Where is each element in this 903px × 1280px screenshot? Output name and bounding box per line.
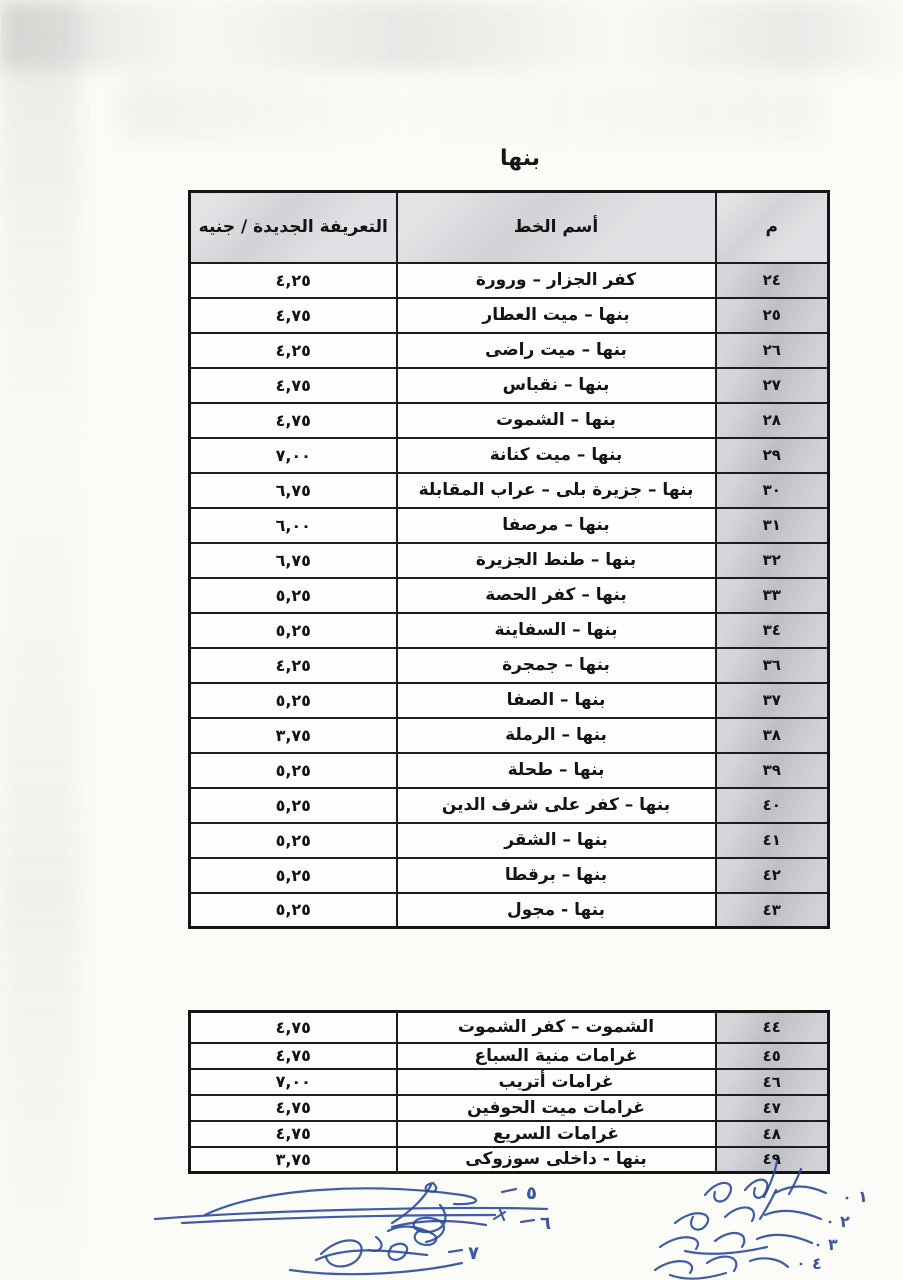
- line-name-cell: الشموت – كفر الشموت: [397, 1012, 716, 1043]
- page-title: بنها: [188, 146, 852, 171]
- serial-cell: ٣١: [716, 508, 829, 543]
- fare-cell: ٥,٢٥: [190, 683, 397, 718]
- serial-cell: ٢٦: [716, 333, 829, 368]
- line-name-cell: بنها – مرصفا: [397, 508, 716, 543]
- table-row: ٣٦بنها – جمجرة٤,٢٥: [190, 648, 829, 683]
- signature-right-number-1: ١: [858, 1187, 868, 1206]
- fare-cell: ٤,٧٥: [190, 298, 397, 333]
- line-name-cell: بنها – الرملة: [397, 718, 716, 753]
- table-row: ٣٣بنها – كفر الحصة٥,٢٥: [190, 578, 829, 613]
- fare-cell: ٧,٠٠: [190, 1069, 397, 1095]
- fare-cell: ٥,٢٥: [190, 753, 397, 788]
- signature-right-number-3: ٣: [828, 1235, 838, 1254]
- table-row: ٣٧بنها – الصفا٥,٢٥: [190, 683, 829, 718]
- signature-scribble-left: [155, 1183, 547, 1274]
- line-name-cell: كفر الجزار – ورورة: [397, 263, 716, 298]
- serial-cell: ٤٢: [716, 858, 829, 893]
- table-row: ٤٤الشموت – كفر الشموت٤,٧٥: [190, 1012, 829, 1043]
- table-row: ٤٦غرامات أتريب٧,٠٠: [190, 1069, 829, 1095]
- serial-cell: ٣٦: [716, 648, 829, 683]
- fare-cell: ٦,٧٥: [190, 473, 397, 508]
- table-row: ٢٦بنها – ميت راضى٤,٢٥: [190, 333, 829, 368]
- fare-cell: ٤,٧٥: [190, 368, 397, 403]
- scan-artifact-top: [0, 0, 903, 70]
- signature-block-left: ٥ ٦ ٧: [140, 1175, 570, 1280]
- fare-cell: ٥,٢٥: [190, 893, 397, 928]
- line-name-cell: غرامات ميت الحوفين: [397, 1095, 716, 1121]
- line-name-cell: بنها – جمجرة: [397, 648, 716, 683]
- fare-table-main: م أسم الخط التعريفة الجديدة / جنيه ٢٤كفر…: [188, 190, 830, 929]
- line-name-cell: بنها – طنط الجزيرة: [397, 543, 716, 578]
- line-name-cell: بنها – ميت العطار: [397, 298, 716, 333]
- fare-table-main-body: ٢٤كفر الجزار – ورورة٤,٢٥٢٥بنها – ميت الع…: [190, 263, 829, 928]
- scanned-document-page: بنها م أسم الخط التعريفة الجديدة / جنيه …: [0, 0, 903, 1280]
- serial-cell: ٤٨: [716, 1121, 829, 1147]
- serial-cell: ٢٧: [716, 368, 829, 403]
- line-name-cell: غرامات السريع: [397, 1121, 716, 1147]
- fare-cell: ٥,٢٥: [190, 613, 397, 648]
- fare-cell: ٤,٧٥: [190, 1043, 397, 1069]
- line-name-cell: بنها – برقطا: [397, 858, 716, 893]
- serial-cell: ٤٥: [716, 1043, 829, 1069]
- table-row: ٢٨بنها – الشموت٤,٧٥: [190, 403, 829, 438]
- header-fare: التعريفة الجديدة / جنيه: [190, 192, 397, 263]
- serial-cell: ٢٩: [716, 438, 829, 473]
- line-name-cell: بنها – الشقر: [397, 823, 716, 858]
- fare-cell: ٣,٧٥: [190, 718, 397, 753]
- serial-cell: ٤٤: [716, 1012, 829, 1043]
- table-row: ٢٧بنها – نقباس٤,٧٥: [190, 368, 829, 403]
- table-row: ٣٢بنها – طنط الجزيرة٦,٧٥: [190, 543, 829, 578]
- serial-cell: ٤١: [716, 823, 829, 858]
- fare-cell: ٤,٧٥: [190, 403, 397, 438]
- fare-table-continued: ٤٤الشموت – كفر الشموت٤,٧٥٤٥غرامات منية ا…: [188, 1010, 830, 1174]
- fare-cell: ٥,٢٥: [190, 823, 397, 858]
- header-serial: م: [716, 192, 829, 263]
- serial-cell: ٤٣: [716, 893, 829, 928]
- line-name-cell: بنها - مجول: [397, 893, 716, 928]
- serial-cell: ٤٠: [716, 788, 829, 823]
- serial-cell: ٢٥: [716, 298, 829, 333]
- serial-cell: ٢٨: [716, 403, 829, 438]
- line-name-cell: بنها – كفر على شرف الدين: [397, 788, 716, 823]
- line-name-cell: بنها – ميت راضى: [397, 333, 716, 368]
- table-row: ٣٠بنها – جزيرة بلى – عراب المقابلة٦,٧٥: [190, 473, 829, 508]
- line-name-cell: بنها – الصفا: [397, 683, 716, 718]
- table-header-row: م أسم الخط التعريفة الجديدة / جنيه: [190, 192, 829, 263]
- table-row: ٤٣بنها - مجول٥,٢٥: [190, 893, 829, 928]
- fare-cell: ٤,٧٥: [190, 1095, 397, 1121]
- table-row: ٤١بنها – الشقر٥,٢٥: [190, 823, 829, 858]
- scan-artifact-left: [0, 0, 80, 1280]
- fare-cell: ٣,٧٥: [190, 1147, 397, 1173]
- fare-cell: ٤,٢٥: [190, 333, 397, 368]
- signature-left-number-7: ٧: [468, 1243, 479, 1264]
- table-row: ٢٥بنها – ميت العطار٤,٧٥: [190, 298, 829, 333]
- table-row: ٤٥غرامات منية السباع٤,٧٥: [190, 1043, 829, 1069]
- serial-cell: ٤٧: [716, 1095, 829, 1121]
- serial-cell: ٣٤: [716, 613, 829, 648]
- table-row: ٢٩بنها – ميت كنانة٧,٠٠: [190, 438, 829, 473]
- scan-artifact-middle: [120, 80, 820, 140]
- fare-cell: ٤,٧٥: [190, 1121, 397, 1147]
- line-name-cell: بنها – كفر الحصة: [397, 578, 716, 613]
- table-row: ٤٢بنها – برقطا٥,٢٥: [190, 858, 829, 893]
- table-row: ٣٨بنها – الرملة٣,٧٥: [190, 718, 829, 753]
- fare-table-continued-body: ٤٤الشموت – كفر الشموت٤,٧٥٤٥غرامات منية ا…: [190, 1012, 829, 1173]
- serial-cell: ٣٢: [716, 543, 829, 578]
- line-name-cell: بنها – نقباس: [397, 368, 716, 403]
- line-name-cell: بنها – جزيرة بلى – عراب المقابلة: [397, 473, 716, 508]
- table-row: ٢٤كفر الجزار – ورورة٤,٢٥: [190, 263, 829, 298]
- serial-cell: ٣٩: [716, 753, 829, 788]
- fare-cell: ٦,٧٥: [190, 543, 397, 578]
- fare-cell: ٧,٠٠: [190, 438, 397, 473]
- line-name-cell: غرامات منية السباع: [397, 1043, 716, 1069]
- table-row: ٣٩بنها – طحلة٥,٢٥: [190, 753, 829, 788]
- serial-cell: ٣٠: [716, 473, 829, 508]
- fare-cell: ٤,٧٥: [190, 1012, 397, 1043]
- line-name-cell: بنها – السفاينة: [397, 613, 716, 648]
- table-row: ٤٨غرامات السريع٤,٧٥: [190, 1121, 829, 1147]
- fare-cell: ٥,٢٥: [190, 578, 397, 613]
- fare-cell: ٥,٢٥: [190, 788, 397, 823]
- header-line-name: أسم الخط: [397, 192, 716, 263]
- fare-cell: ٥,٢٥: [190, 858, 397, 893]
- signature-left-number-5: ٥: [526, 1183, 537, 1204]
- line-name-cell: بنها – طحلة: [397, 753, 716, 788]
- signature-right-number-2: ٢: [840, 1212, 850, 1231]
- serial-cell: ٣٣: [716, 578, 829, 613]
- signature-left-number-6: ٦: [540, 1213, 551, 1234]
- line-name-cell: غرامات أتريب: [397, 1069, 716, 1095]
- fare-cell: ٦,٠٠: [190, 508, 397, 543]
- fare-cell: ٤,٢٥: [190, 648, 397, 683]
- signature-right-number-4: ٤: [812, 1254, 822, 1273]
- line-name-cell: بنها – ميت كنانة: [397, 438, 716, 473]
- table-row: ٣٤بنها – السفاينة٥,٢٥: [190, 613, 829, 648]
- serial-cell: ٣٨: [716, 718, 829, 753]
- serial-cell: ٣٧: [716, 683, 829, 718]
- fare-cell: ٤,٢٥: [190, 263, 397, 298]
- table-row: ٣١بنها – مرصفا٦,٠٠: [190, 508, 829, 543]
- line-name-cell: بنها – الشموت: [397, 403, 716, 438]
- serial-cell: ٤٦: [716, 1069, 829, 1095]
- table-row: ٤٠بنها – كفر على شرف الدين٥,٢٥: [190, 788, 829, 823]
- signature-block-right: ١ ٢ ٣ ٤: [615, 1155, 903, 1280]
- table-row: ٤٧غرامات ميت الحوفين٤,٧٥: [190, 1095, 829, 1121]
- serial-cell: ٢٤: [716, 263, 829, 298]
